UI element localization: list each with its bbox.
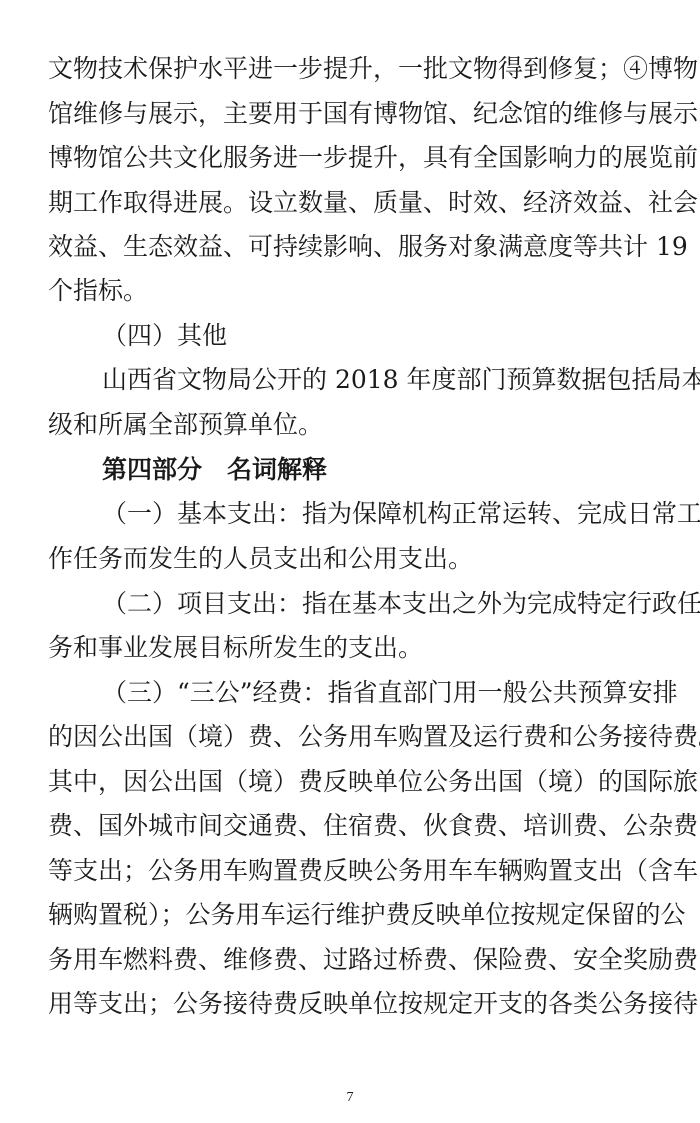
text-line: 等支出；公务用车购置费反映公务用车车辆购置支出（含车 (48, 856, 652, 886)
definition-project-expenditure: （二）项目支出：指在基本支出之外为完成特定行政任 (102, 589, 652, 619)
text-line: 个指标。 (48, 276, 652, 306)
text-line: 费、国外城市间交通费、住宿费、伙食费、培训费、公杂费 (48, 811, 652, 841)
text-line: 辆购置税）；公务用车运行维护费反映单位按规定保留的公 (48, 900, 652, 930)
text-line: 务用车燃料费、维修费、过路过桥费、保险费、安全奖励费 (48, 945, 652, 975)
definition-three-public-funds: （三）“三公”经费：指省直部门用一般公共预算安排 (102, 678, 652, 708)
section-heading-other: （四）其他 (102, 321, 652, 351)
text-line: 期工作取得进展。设立数量、质量、时效、经济效益、社会 (48, 188, 652, 218)
part-heading: 第四部分 名词解释 (102, 455, 652, 485)
text-line: 用等支出；公务接待费反映单位按规定开支的各类公务接待 (48, 989, 652, 1019)
document-page: 文物技术保护水平进一步提升，一批文物得到修复；④博物 馆维修与展示，主要用于国有… (0, 0, 700, 1123)
page-number: 7 (0, 1090, 700, 1106)
text-line: 馆维修与展示，主要用于国有博物馆、纪念馆的维修与展示， (48, 99, 652, 129)
text-line: 效益、生态效益、可持续影响、服务对象满意度等共计 19 (48, 232, 652, 262)
text-line: 务和事业发展目标所发生的支出。 (48, 633, 652, 663)
text-line: 山西省文物局公开的 2018 年度部门预算数据包括局本 (102, 365, 652, 395)
definition-basic-expenditure: （一）基本支出：指为保障机构正常运转、完成日常工 (102, 499, 652, 529)
text-line: 其中，因公出国（境）费反映单位公务出国（境）的国际旅 (48, 767, 652, 797)
text-line: 作任务而发生的人员支出和公用支出。 (48, 544, 652, 574)
text-line: 的因公出国（境）费、公务用车购置及运行费和公务接待费。 (48, 722, 652, 752)
text-line: 级和所属全部预算单位。 (48, 410, 652, 440)
text-line: 博物馆公共文化服务进一步提升，具有全国影响力的展览前 (48, 143, 652, 173)
text-line: 文物技术保护水平进一步提升，一批文物得到修复；④博物 (48, 54, 652, 84)
